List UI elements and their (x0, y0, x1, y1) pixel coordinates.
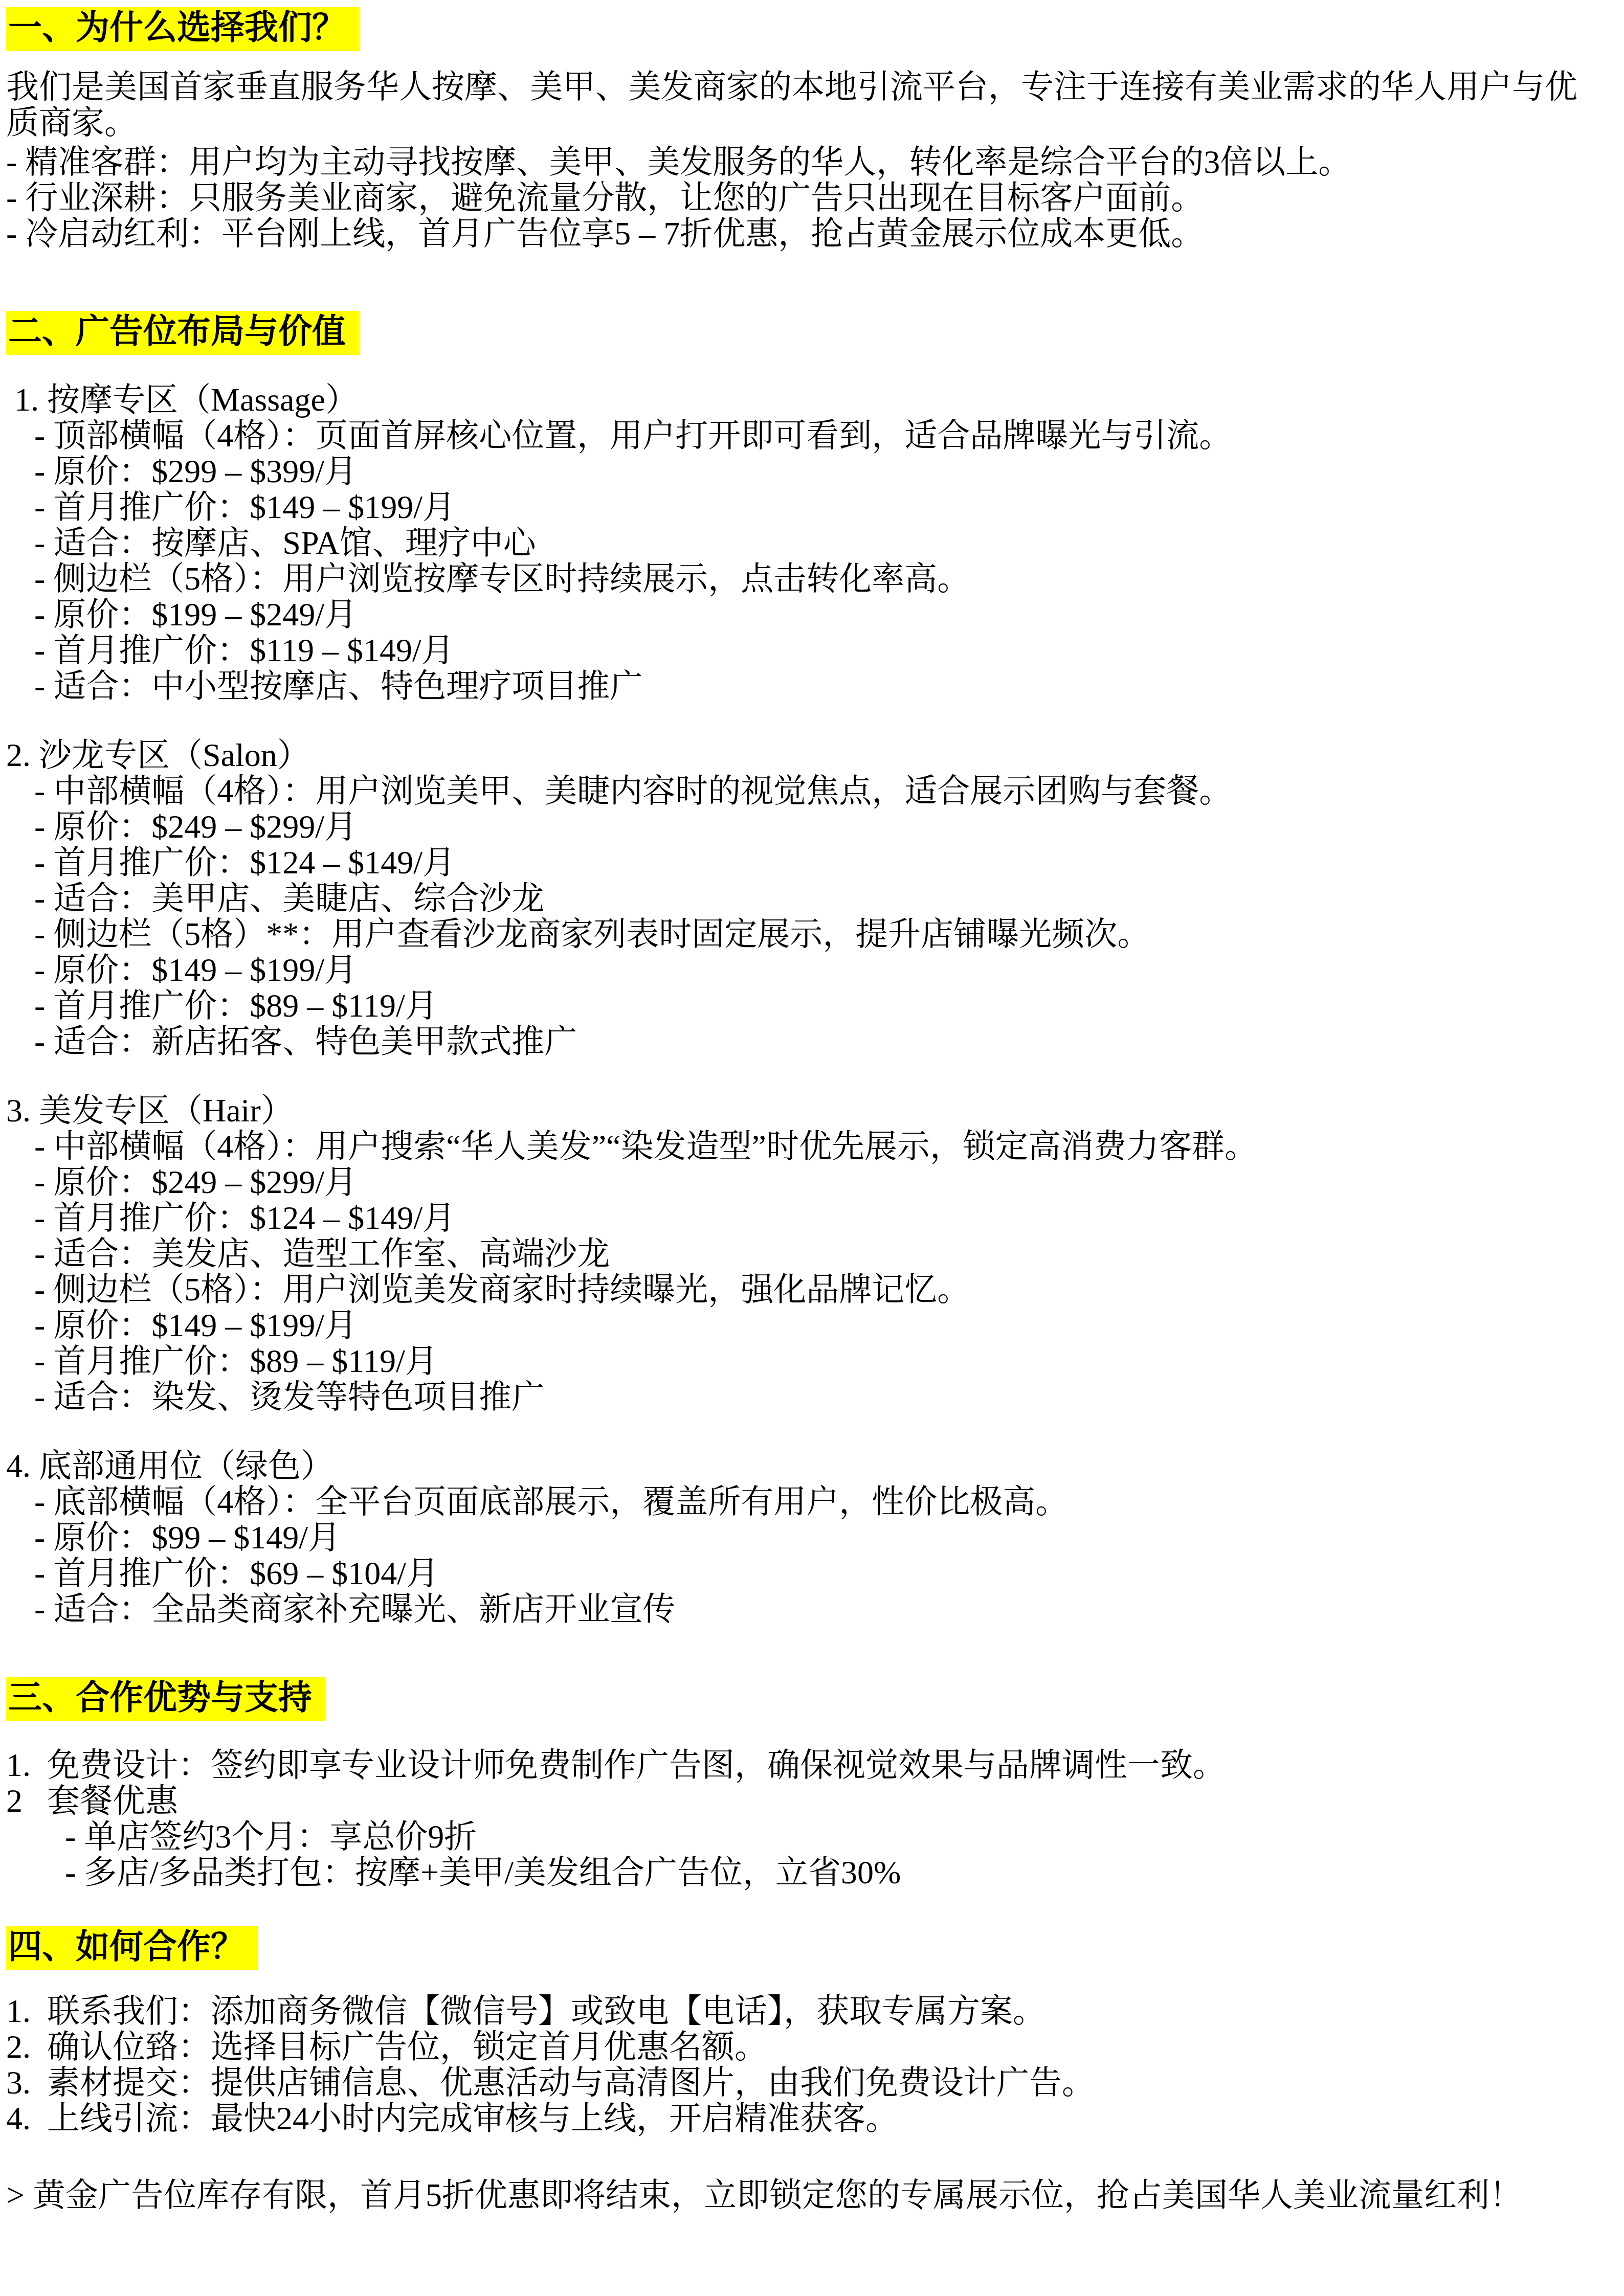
zone-bullet: - 适合：全品类商家补充曝光、新店开业宣传 (34, 1591, 1604, 1627)
zone-bullet: - 适合：按摩店、SPA馆、理疗中心 (34, 525, 1604, 561)
zone-salon-bullets: - 中部横幅（4格）：用户浏览美甲、美睫内容时的视觉焦点，适合展示团购与套餐。 … (34, 773, 1604, 1060)
zone-bullet: - 适合：新店拓客、特色美甲款式推广 (34, 1024, 1604, 1060)
zone-bullet: - 侧边栏（5格）：用户浏览按摩专区时持续展示，点击转化率高。 (34, 561, 1604, 597)
zone-bullet: - 原价：$299 – $399/月 (34, 454, 1604, 489)
zone-bullet: - 首月推广价：$89 – $119/月 (34, 988, 1604, 1024)
zone-bullet: - 首月推广价：$124 – $149/月 (34, 845, 1604, 881)
zone-bullet: - 首月推广价：$124 – $149/月 (34, 1200, 1604, 1236)
section-support-heading: 三、合作优势与支持 (6, 1677, 1604, 1721)
support-item-list: 1. 免费设计：签约即享专业设计师免费制作广告图，确保视觉效果与品牌调性一致。 … (6, 1747, 1604, 1890)
zone-bullet: - 中部横幅（4格）：用户浏览美甲、美睫内容时的视觉焦点，适合展示团购与套餐。 (34, 773, 1604, 809)
zone-bullet: - 底部横幅（4格）：全平台页面底部展示，覆盖所有用户，性价比极高。 (34, 1484, 1604, 1520)
zone-bullet: - 适合：美发店、造型工作室、高端沙龙 (34, 1236, 1604, 1272)
how-item: 3. 素材提交：提供店铺信息、优惠活动与高清图片，由我们免费设计广告。 (6, 2065, 1604, 2101)
package-bullet-list: - 单店签约3个月：享总价9折 - 多店/多品类打包：按摩+美甲/美发组合广告位… (65, 1819, 1604, 1890)
zone-bullet: - 适合：染发、烫发等特色项目推广 (34, 1379, 1604, 1415)
zone-bullet: - 原价：$99 – $149/月 (34, 1520, 1604, 1556)
how-item: 4. 上线引流：最快24小时内完成审核与上线，开启精准获客。 (6, 2101, 1604, 2136)
why-bullet: - 精准客群：用户均为主动寻找按摩、美甲、美发服务的华人，转化率是综合平台的3倍… (6, 144, 1604, 180)
zone-bottom-generic-title: 4. 底部通用位（绿色） (6, 1448, 1604, 1484)
zone-bullet: - 原价：$149 – $199/月 (34, 1308, 1604, 1343)
zone-bullet: - 首月推广价：$89 – $119/月 (34, 1343, 1604, 1379)
package-bullet: - 单店签约3个月：享总价9折 (65, 1819, 1604, 1855)
document-page: 一、为什么选择我们？ 我们是美国首家垂直服务华人按摩、美甲、美发商家的本地引流平… (0, 0, 1624, 2296)
section-why-heading: 一、为什么选择我们？ (6, 7, 1604, 51)
zone-bullet: - 适合：美甲店、美睫店、综合沙龙 (34, 881, 1604, 916)
zone-hair-bullets: - 中部横幅（4格）：用户搜索“华人美发”“染发造型”时优先展示，锁定高消费力客… (34, 1129, 1604, 1415)
zone-bullet: - 首月推广价：$119 – $149/月 (34, 633, 1604, 668)
why-bullet-list: - 精准客群：用户均为主动寻找按摩、美甲、美发服务的华人，转化率是综合平台的3倍… (6, 144, 1604, 252)
zone-massage-bullets: - 顶部横幅（4格）：页面首屏核心位置，用户打开即可看到，适合品牌曝光与引流。 … (34, 418, 1604, 704)
package-bullet: - 多店/多品类打包：按摩+美甲/美发组合广告位，立省30% (65, 1855, 1604, 1890)
section-layout-heading-highlight: 二、广告位布局与价值 (6, 311, 359, 355)
section-support-heading-highlight: 三、合作优势与支持 (6, 1677, 325, 1721)
zone-bullet: - 原价：$249 – $299/月 (34, 809, 1604, 845)
intro-paragraph: 我们是美国首家垂直服务华人按摩、美甲、美发商家的本地引流平台，专注于连接有美业需… (6, 69, 1604, 141)
footer-cta-line: > 黄金广告位库存有限，首月5折优惠即将结束，立即锁定您的专属展示位，抢占美国华… (6, 2177, 1604, 2213)
support-item: 2 套餐优惠 (6, 1783, 1604, 1819)
zone-bullet: - 顶部横幅（4格）：页面首屏核心位置，用户打开即可看到，适合品牌曝光与引流。 (34, 418, 1604, 454)
zone-bullet: - 侧边栏（5格）**：用户查看沙龙商家列表时固定展示，提升店铺曝光频次。 (34, 916, 1604, 952)
zone-salon: 2. 沙龙专区（Salon） - 中部横幅（4格）：用户浏览美甲、美睫内容时的视… (6, 737, 1604, 1060)
zone-salon-title: 2. 沙龙专区（Salon） (6, 737, 1604, 773)
zone-hair-title: 3. 美发专区（Hair） (6, 1093, 1604, 1129)
zone-massage-title: 1. 按摩专区（Massage） (6, 382, 1604, 418)
zone-hair: 3. 美发专区（Hair） - 中部横幅（4格）：用户搜索“华人美发”“染发造型… (6, 1093, 1604, 1415)
support-item: 1. 免费设计：签约即享专业设计师免费制作广告图，确保视觉效果与品牌调性一致。 (6, 1747, 1604, 1783)
how-item-list: 1. 联系我们：添加商务微信【微信号】或致电【电话】，获取专属方案。 2. 确认… (6, 1993, 1604, 2136)
section-how-heading: 四、如何合作？ (6, 1926, 1604, 1970)
zone-bullet: - 原价：$149 – $199/月 (34, 952, 1604, 988)
zone-bullet: - 首月推广价：$69 – $104/月 (34, 1556, 1604, 1591)
section-why-heading-highlight: 一、为什么选择我们？ (6, 7, 359, 51)
zone-bottom-generic: 4. 底部通用位（绿色） - 底部横幅（4格）：全平台页面底部展示，覆盖所有用户… (6, 1448, 1604, 1627)
how-item: 2. 确认位臵：选择目标广告位，锁定首月优惠名额。 (6, 2029, 1604, 2065)
section-how-heading-highlight: 四、如何合作？ (6, 1926, 258, 1970)
zone-bullet: - 适合：中小型按摩店、特色理疗项目推广 (34, 668, 1604, 704)
zone-bullet: - 中部横幅（4格）：用户搜索“华人美发”“染发造型”时优先展示，锁定高消费力客… (34, 1129, 1604, 1164)
why-bullet: - 行业深耕：只服务美业商家，避免流量分散，让您的广告只出现在目标客户面前。 (6, 180, 1604, 216)
zone-massage: 1. 按摩专区（Massage） - 顶部横幅（4格）：页面首屏核心位置，用户打… (6, 382, 1604, 704)
zone-bullet: - 侧边栏（5格）：用户浏览美发商家时持续曝光，强化品牌记忆。 (34, 1272, 1604, 1308)
zone-bullet: - 原价：$199 – $249/月 (34, 597, 1604, 633)
section-layout-heading: 二、广告位布局与价值 (6, 311, 1604, 355)
how-item: 1. 联系我们：添加商务微信【微信号】或致电【电话】，获取专属方案。 (6, 1993, 1604, 2029)
zone-bullet: - 原价：$249 – $299/月 (34, 1164, 1604, 1200)
why-bullet: - 冷启动红利：平台刚上线，首月广告位享5 – 7折优惠，抢占黄金展示位成本更低… (6, 216, 1604, 252)
zone-bullet: - 首月推广价：$149 – $199/月 (34, 489, 1604, 525)
zone-bottom-generic-bullets: - 底部横幅（4格）：全平台页面底部展示，覆盖所有用户，性价比极高。 - 原价：… (34, 1484, 1604, 1627)
